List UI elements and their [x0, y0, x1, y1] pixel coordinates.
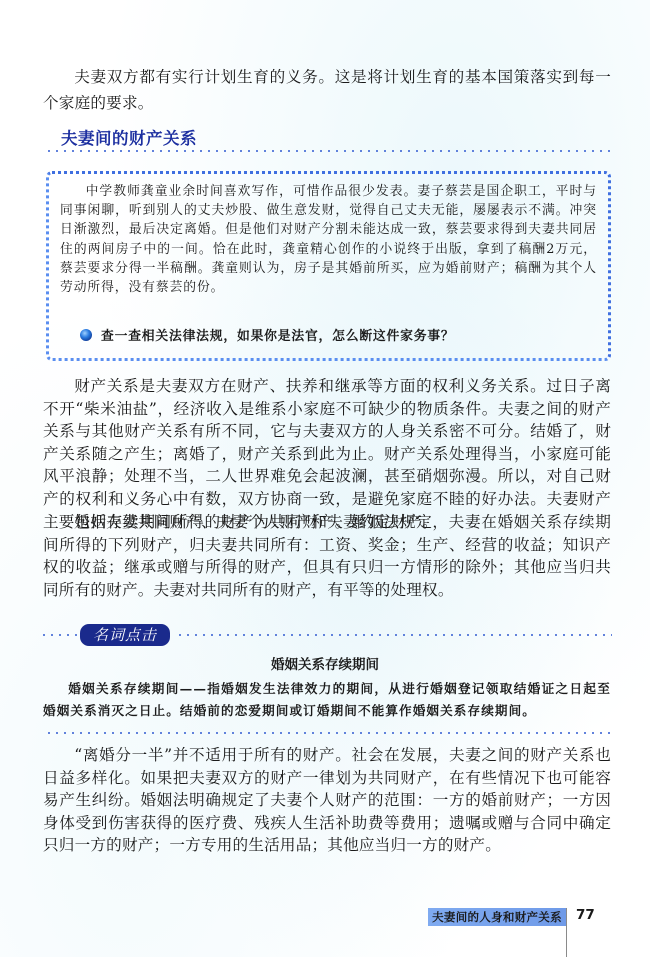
section-heading: 夫妻间的财产关系: [61, 125, 197, 149]
glossary-term-title: 婚姻关系存续期间: [0, 653, 650, 673]
glossary-dotted-divider-left: [40, 634, 80, 636]
intro-paragraph: 夫妻双方都有实行计划生育的义务。这是将计划生育的基本国策落实到每一个家庭的要求。: [43, 64, 611, 116]
glossary-dotted-divider-right: [176, 634, 612, 636]
heading-dotted-divider: [45, 150, 611, 152]
case-question-text: 查一查相关法律法规，如果你是法官，怎么断这件家务事？: [101, 325, 455, 344]
closing-paragraph: “离婚分一半”并不适用于所有的财产。社会在发展，夫妻之间的财产关系也日益多样化。…: [43, 744, 611, 857]
glossary-badge: 名词点击: [80, 624, 170, 646]
glossary-dotted-divider-bottom: [45, 732, 611, 734]
case-question: 查一查相关法律法规，如果你是法官，怎么断这件家务事？: [80, 325, 455, 344]
body-paragraph-2: 婚姻存续期间所得的财产为共同财产。婚姻法规定，夫妻在婚姻关系存续期间所得的下列财…: [43, 511, 611, 601]
body-paragraph-1: 财产关系是夫妻双方在财产、扶养和继承等方面的权利义务关系。过日子离不开“柴米油盐…: [43, 375, 611, 533]
page-number: 77: [576, 907, 595, 923]
chapter-title-band: 夫妻间的人身和财产关系: [428, 908, 566, 926]
glossary-header: 名词点击: [40, 624, 612, 646]
footer-vertical-rule: [566, 908, 567, 957]
case-study-text: 中学教师龚童业余时间喜欢写作，可惜作品很少发表。妻子蔡芸是国企职工，平时与同事闲…: [60, 182, 597, 297]
blue-sphere-bullet-icon: [80, 329, 92, 341]
glossary-definition: 婚姻关系存续期间——指婚姻发生法律效力的期间，从进行婚姻登记领取结婚证之日起至婚…: [43, 678, 611, 722]
